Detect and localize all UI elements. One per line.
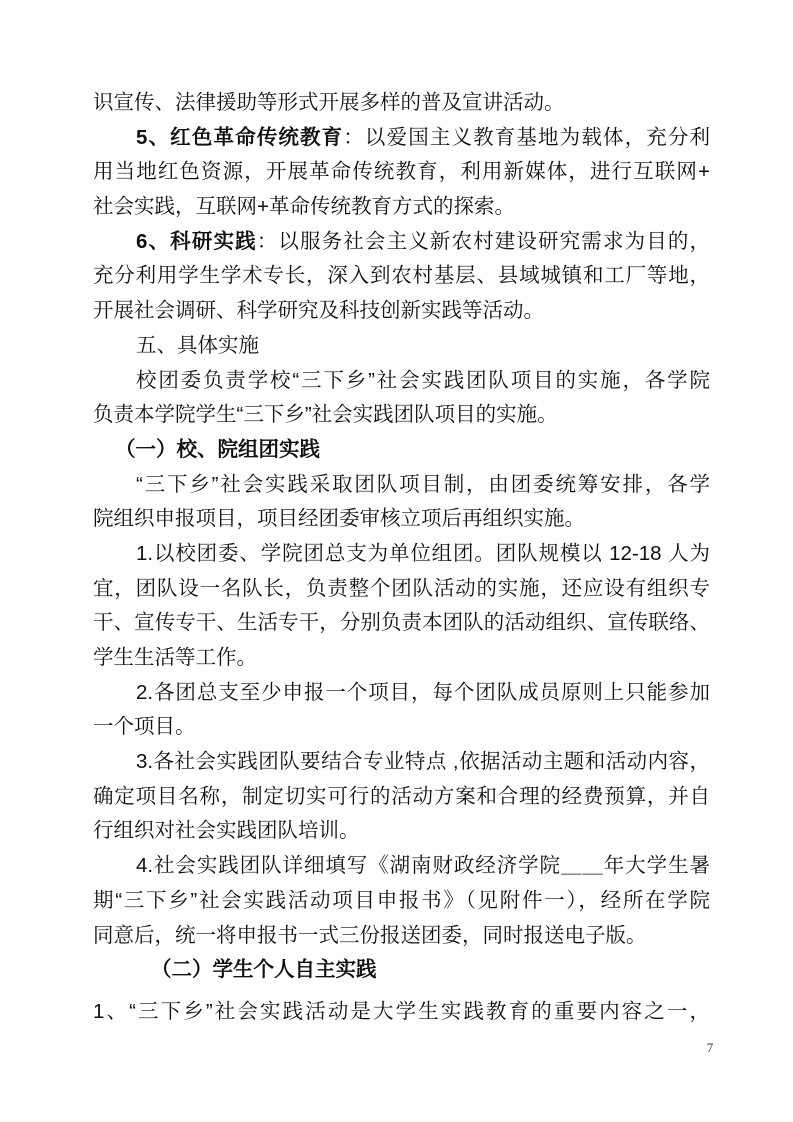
- text-line: 校团委负责学校“三下乡”社会实践团队项目的实施，各学院: [93, 364, 710, 399]
- page-number: 7: [690, 1040, 730, 1056]
- text-line: 开展社会调研、科学研究及科技创新实践等活动。: [93, 294, 710, 329]
- text-line: 一个项目。: [93, 710, 710, 745]
- text-line: 行组织对社会实践团队培训。: [93, 814, 710, 849]
- text-line: 6、科研实践：以服务社会主义新农村建设研究需求为目的，: [93, 225, 710, 260]
- section-heading: （二）学生个人自主实践: [93, 953, 710, 988]
- section-heading: 五、具体实施: [93, 329, 710, 364]
- text-line: 识宣传、法律援助等形式开展多样的普及宣讲活动。: [93, 86, 710, 121]
- text-line: 5、红色革命传统教育：以爱国主义教育基地为载体，充分利: [93, 121, 710, 156]
- text-line: 院组织申报项目，项目经团委审核立项后再组织实施。: [93, 502, 710, 537]
- text-line: 干、宣传专干、生活专干，分别负责本团队的活动组织、宣传联络、: [93, 606, 710, 641]
- text-line: 同意后，统一将申报书一式三份报送团委，同时报送电子版。: [93, 919, 710, 954]
- text-line: 3.各社会实践团队要结合专业特点 ,依据活动主题和活动内容，: [93, 745, 710, 780]
- text-line: “三下乡”社会实践采取团队项目制，由团委统筹安排，各学: [93, 468, 710, 503]
- text-line: 期“三下乡”社会实践活动项目申报书》（见附件一），经所在学院: [93, 884, 710, 919]
- document-page: 识宣传、法律援助等形式开展多样的普及宣讲活动。 5、红色革命传统教育：以爱国主义…: [93, 86, 710, 1030]
- text-line: 1、“三下乡”社会实践活动是大学生实践教育的重要内容之一，: [93, 995, 710, 1030]
- text-line: 宜，团队设一名队长，负责整个团队活动的实施，还应设有组织专: [93, 572, 710, 607]
- section-heading: （一）校、院组团实践: [93, 433, 710, 468]
- text-line: 1.以校团委、学院团总支为单位组团。团队规模以 12-18 人为: [93, 537, 710, 572]
- text-line: 社会实践，互联网+革命传统教育方式的探索。: [93, 190, 710, 225]
- text-line: 4.社会实践团队详细填写《湖南财政经济学院＿＿年大学生暑: [93, 849, 710, 884]
- text-line: 用当地红色资源，开展革命传统教育，利用新媒体，进行互联网+: [93, 155, 710, 190]
- text-line: 学生生活等工作。: [93, 641, 710, 676]
- text-line: 负责本学院学生“三下乡”社会实践团队项目的实施。: [93, 398, 710, 433]
- text-line: 确定项目名称，制定切实可行的活动方案和合理的经费预算，并自: [93, 780, 710, 815]
- text-line: 2.各团总支至少申报一个项目，每个团队成员原则上只能参加: [93, 676, 710, 711]
- text-line: 充分利用学生学术专长，深入到农村基层、县域城镇和工厂等地，: [93, 259, 710, 294]
